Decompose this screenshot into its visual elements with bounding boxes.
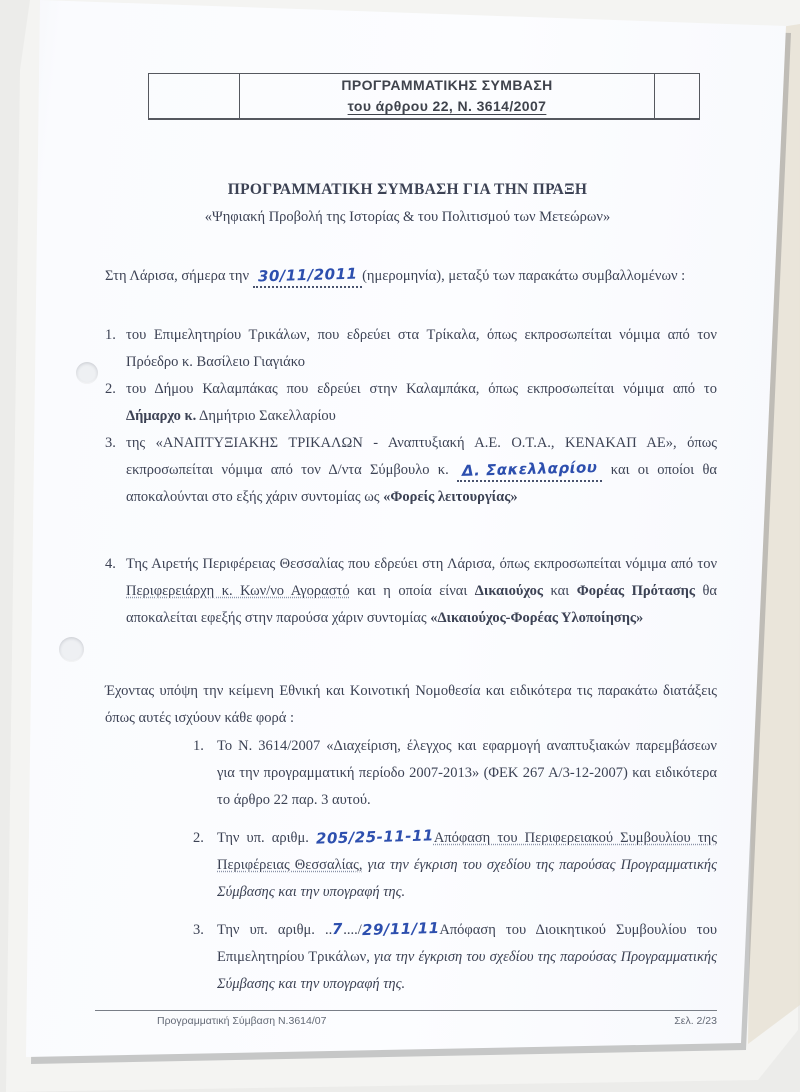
footer-document-label: Προγραμματική Σύμβαση Ν.3614/07	[157, 1015, 326, 1027]
party-4-bold1: Δικαιούχος	[475, 583, 543, 599]
header-cell-left	[149, 74, 240, 118]
provisions-list: 1. Το Ν. 3614/2007 «Διαχείριση, έλεγχος …	[105, 733, 717, 1009]
header-title-line1: ΠΡΟΓΡΑΜΜΑΤΙΚΗΣ ΣΥΜΒΑΣΗ	[341, 75, 552, 96]
parties-list: 1. του Επιμελητηρίου Τρικάλων, που εδρεύ…	[105, 322, 717, 511]
provision-1-text: Το Ν. 3614/2007 «Διαχείριση, έλεγχος και…	[217, 738, 717, 808]
party-2-text-post: Δημήτριο Σακελλαρίου	[196, 408, 336, 424]
party-1-text: του Επιμελητηρίου Τρικάλων, που εδρεύει …	[126, 327, 717, 370]
header-title-line2: του άρθρου 22, Ν. 3614/2007	[348, 96, 547, 117]
list-number: 4.	[105, 551, 116, 578]
handwritten-decision-number: 7	[332, 920, 343, 938]
party-2-bold: Δήμαρχο κ.	[126, 408, 196, 424]
handwritten-decision-number: 205/25-11-11	[316, 826, 434, 847]
legal-intro-paragraph: Έχοντας υπόψη την κείμενη Εθνική και Κοι…	[105, 678, 717, 732]
name-fill-line: Δ. Σακελλαρίου	[457, 460, 602, 482]
header-cell-title: ΠΡΟΓΡΑΜΜΑΤΙΚΗΣ ΣΥΜΒΑΣΗ του άρθρου 22, Ν.…	[240, 74, 654, 118]
list-item: 3. της «ΑΝΑΠΤΥΞΙΑΚΗΣ ΤΡΙΚΑΛΩΝ - Αναπτυξι…	[105, 430, 717, 511]
party-4-paragraph: 4. Της Αιρετής Περιφέρειας Θεσσαλίας που…	[105, 551, 717, 632]
handwritten-date: 30/11/2011	[257, 265, 357, 286]
list-number: 3.	[105, 430, 116, 457]
header-frame: ΠΡΟΓΡΑΜΜΑΤΙΚΗΣ ΣΥΜΒΑΣΗ του άρθρου 22, Ν.…	[148, 73, 700, 120]
list-item: 3. Την υπ. αριθμ. ..7..../29/11/11Απόφασ…	[105, 917, 717, 998]
provision-3-pre: Την υπ. αριθμ. ..	[217, 922, 332, 938]
list-item: 1. Το Ν. 3614/2007 «Διαχείριση, έλεγχος …	[105, 733, 717, 814]
party-4-dotted-name: Περιφερειάρχη κ. Κων/νο Αγοραστό	[126, 583, 350, 599]
date-fill-line: 30/11/2011	[253, 266, 362, 288]
intro-paragraph: Στη Λάρισα, σήμερα την 30/11/2011(ημερομ…	[105, 263, 717, 290]
provision-3-dots: ..../	[343, 922, 362, 938]
party-4-mid2: και	[543, 583, 577, 599]
party-2-text-pre: του Δήμου Καλαμπάκας που εδρεύει στην Κα…	[126, 381, 717, 397]
provision-2-pre: Την υπ. αριθμ.	[217, 830, 316, 846]
handwritten-date: 29/11/11	[362, 919, 440, 939]
list-number: 1.	[105, 322, 116, 349]
footer-page-number: Σελ. 2/23	[674, 1015, 717, 1027]
list-number: 2.	[105, 376, 116, 403]
document-title: ΠΡΟΓΡΑΜΜΑΤΙΚΗ ΣΥΜΒΑΣΗ ΓΙΑ ΤΗΝ ΠΡΑΞΗ	[95, 176, 720, 203]
list-item: 2. Την υπ. αριθμ. 205/25-11-11Απόφαση το…	[105, 825, 717, 906]
party-4-text-pre: Της Αιρετής Περιφέρειας Θεσσαλίας που εδ…	[126, 556, 717, 572]
party-4-mid1: και η οποία είναι	[350, 583, 475, 599]
party-4-bold2: Φορέας Πρότασης	[577, 583, 695, 599]
list-item: 4. Της Αιρετής Περιφέρειας Θεσσαλίας που…	[105, 551, 717, 632]
list-number: 2.	[193, 825, 204, 852]
document-content: ΠΡΟΓΡΑΜΜΑΤΙΚΗΣ ΣΥΜΒΑΣΗ του άρθρου 22, Ν.…	[0, 0, 800, 1092]
list-item: 2. του Δήμου Καλαμπάκας που εδρεύει στην…	[105, 376, 717, 430]
list-number: 1.	[193, 733, 204, 760]
intro-text-post: (ημερομηνία), μεταξύ των παρακάτω συμβαλ…	[362, 268, 685, 284]
document-subtitle: «Ψηφιακή Προβολή της Ιστορίας & του Πολι…	[95, 204, 720, 231]
list-number: 3.	[193, 917, 204, 944]
scanned-document-page: ΠΡΟΓΡΑΜΜΑΤΙΚΗΣ ΣΥΜΒΑΣΗ του άρθρου 22, Ν.…	[0, 0, 800, 1092]
party-3-bold: «Φορείς λειτουργίας»	[383, 489, 518, 505]
list-item: 1. του Επιμελητηρίου Τρικάλων, που εδρεύ…	[105, 322, 717, 376]
intro-text-pre: Στη Λάρισα, σήμερα την	[105, 268, 253, 284]
page-footer: Προγραμματική Σύμβαση Ν.3614/07 Σελ. 2/2…	[95, 1010, 717, 1027]
party-4-bold3: «Δικαιούχος-Φορέας Υλοποίησης»	[430, 610, 643, 626]
paper-sheet: ΠΡΟΓΡΑΜΜΑΤΙΚΗΣ ΣΥΜΒΑΣΗ του άρθρου 22, Ν.…	[0, 0, 800, 1092]
handwritten-name: Δ. Σακελλαρίου	[462, 458, 598, 480]
header-cell-right	[654, 74, 699, 118]
